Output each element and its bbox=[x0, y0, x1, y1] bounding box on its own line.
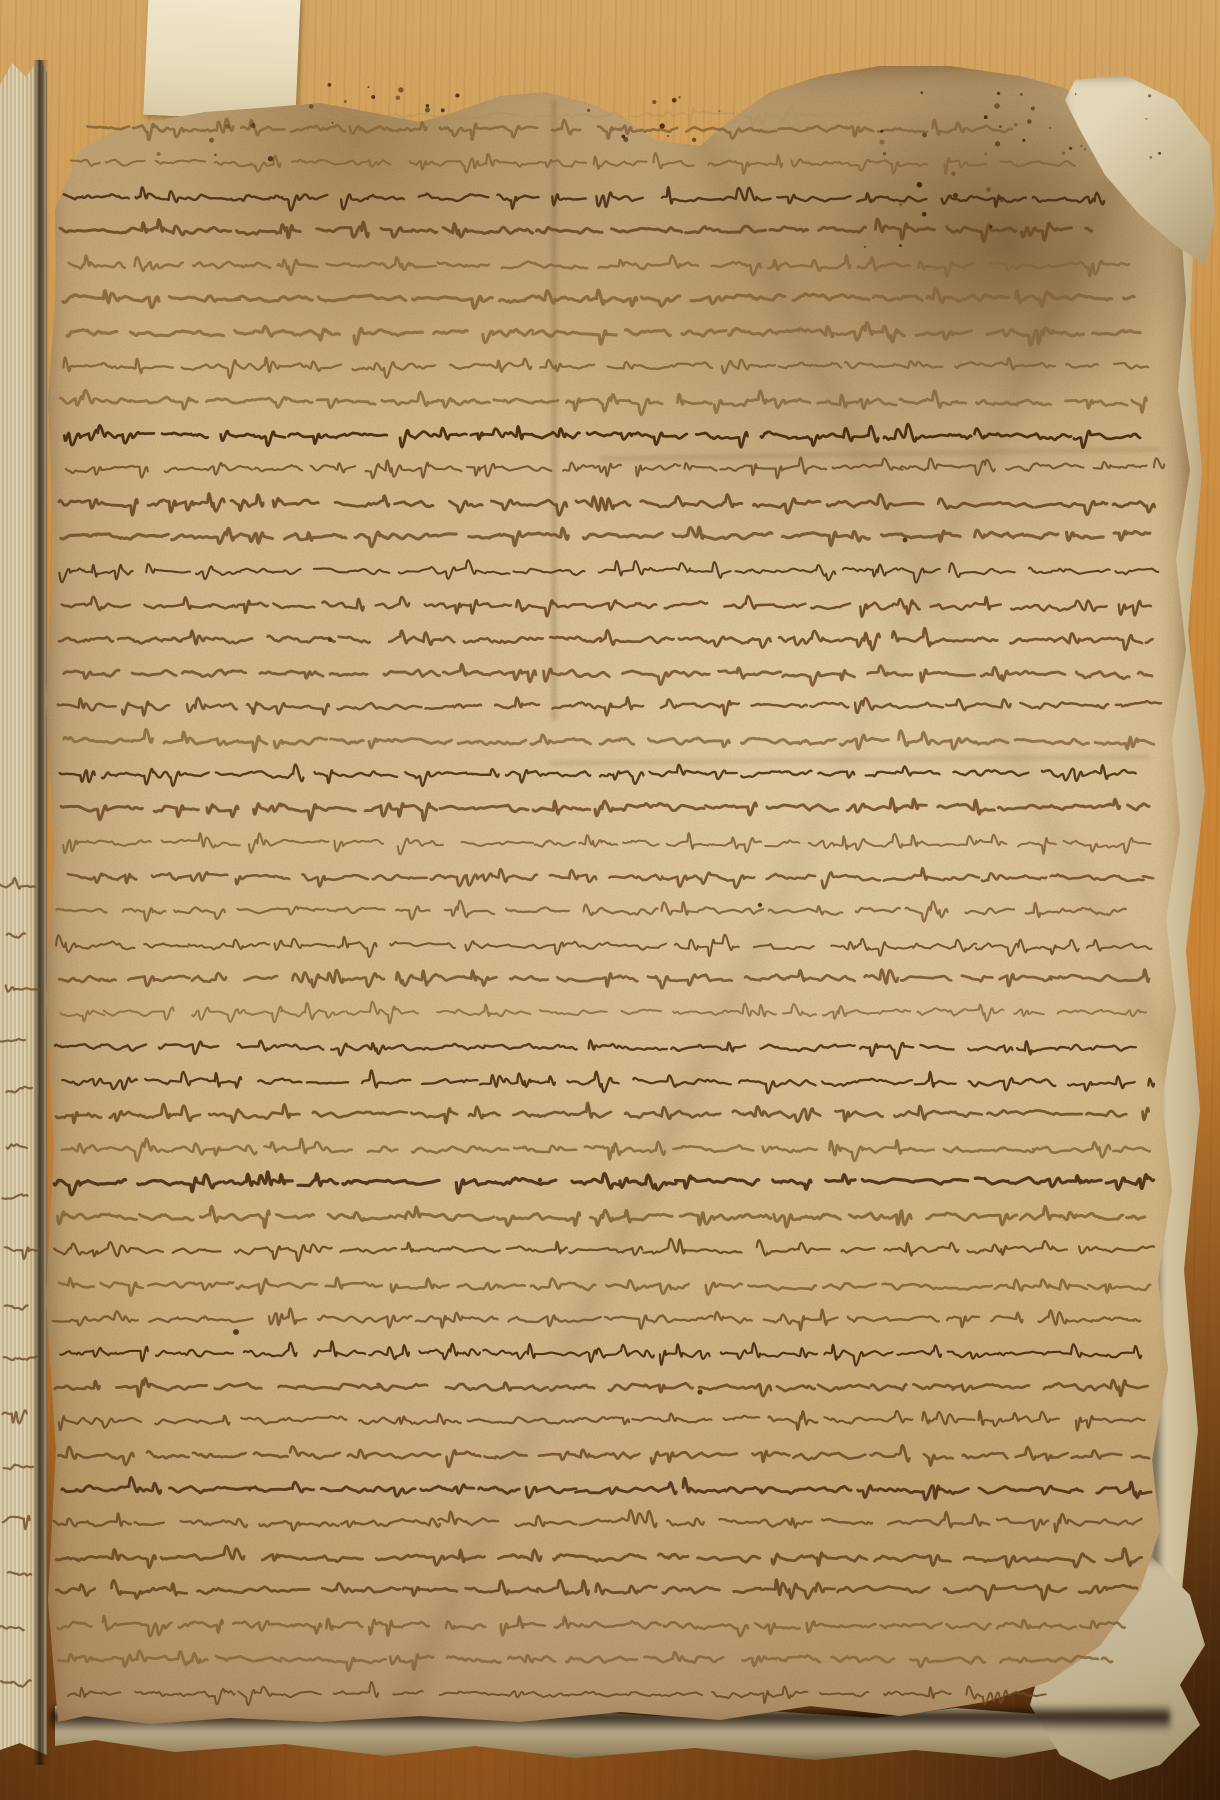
gutter-crease-shadow bbox=[33, 60, 49, 1765]
paper-grain-overlay bbox=[30, 55, 1195, 1745]
repair-tape-scrap bbox=[143, 0, 300, 121]
vertical-crease bbox=[552, 100, 556, 720]
photograph-scene bbox=[0, 0, 1220, 1800]
